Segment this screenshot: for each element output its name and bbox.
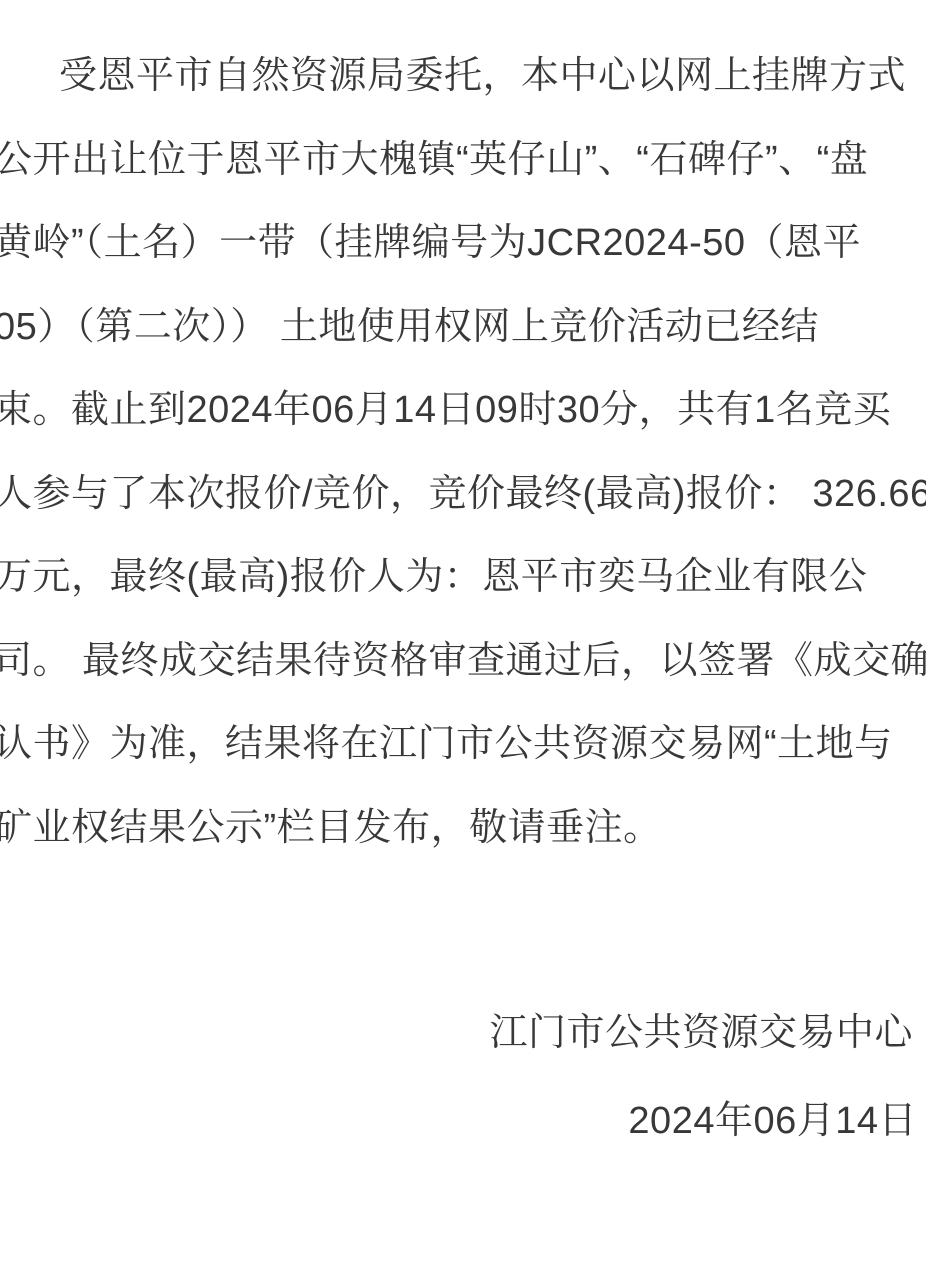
- body-line: 受恩平市自然资源局委托，本中心以网上挂牌方式: [0, 35, 926, 119]
- body-line: 公开出让位于恩平市大槐镇“英仔山”、“石碑仔”、“盘: [0, 119, 926, 203]
- body-line: 黄岭”（土名）一带（挂牌编号为JCR2024-50（恩平: [0, 202, 926, 286]
- signature-date: 2024年06月14日: [628, 1099, 917, 1143]
- body-line: 万元，最终(最高)报价人为：恩平市奕马企业有限公: [0, 536, 926, 620]
- body-line: 人参与了本次报价/竞价，竞价最终(最高)报价： 326.66: [0, 453, 926, 537]
- body-line: 司。 最终成交结果待资格审查通过后，以签署《成交确: [0, 620, 926, 704]
- body-line: 矿业权结果公示”栏目发布，敬请垂注。: [0, 787, 926, 871]
- body-line: 05）（第二次）） 土地使用权网上竞价活动已经结: [0, 286, 926, 370]
- signature-org: 江门市公共资源交易中心: [489, 1011, 913, 1055]
- page: { "document": { "background": "#ffffff",…: [0, 0, 926, 1280]
- body-line: 束。截止到2024年06月14日09时30分，共有1名竞买: [0, 369, 926, 453]
- announcement-document: 受恩平市自然资源局委托，本中心以网上挂牌方式 公开出让位于恩平市大槐镇“英仔山”…: [0, 0, 926, 1280]
- announcement-body: 受恩平市自然资源局委托，本中心以网上挂牌方式 公开出让位于恩平市大槐镇“英仔山”…: [0, 35, 926, 870]
- body-line: 认书》为准，结果将在江门市公共资源交易网“土地与: [0, 703, 926, 787]
